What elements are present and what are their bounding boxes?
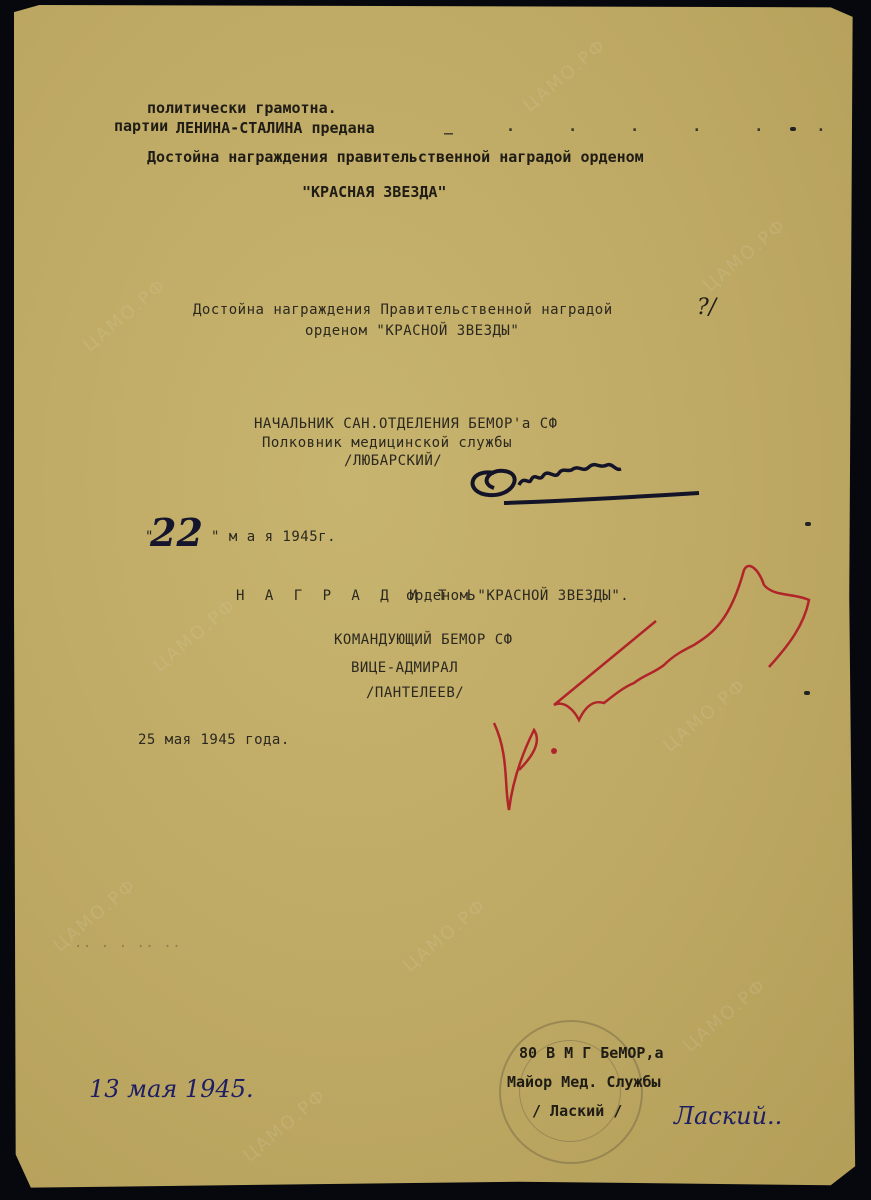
chief-title: НАЧАЛЬНИК САН.ОТДЕЛЕНИЯ БЕМОР'а СФ	[254, 416, 558, 432]
recommendation-line-1: Достойна награждения Правительственной н…	[193, 302, 613, 318]
recommendation-line-2: орденом "КРАСНОЙ ЗВЕЗДЫ"	[305, 323, 519, 339]
header-line-4: "КРАСНАЯ ЗВЕЗДА"	[302, 183, 447, 201]
punch-mark	[804, 691, 810, 695]
dotted-fill: _ . . . . . . .	[444, 117, 871, 135]
header-line-2: ЛЕНИНА-СТАЛИНА предана	[176, 119, 375, 137]
margin-mark: ?/	[697, 295, 716, 320]
watermark: ЦАМО.РФ	[679, 975, 771, 1057]
watermark: ЦАМО.РФ	[79, 275, 171, 357]
footer-name: / Лаский /	[532, 1102, 622, 1120]
faded-mark: .. . . .. ..	[74, 935, 181, 951]
watermark: ЦАМО.РФ	[149, 595, 241, 677]
footer-rank: Майор Мед. Службы	[507, 1073, 661, 1091]
header-line-3: Достойна награждения правительственной н…	[147, 148, 644, 166]
document-page: ЦАМО.РФ ЦАМО.РФ ЦАМО.РФ ЦАМО.РФ ЦАМО.РФ …	[14, 5, 856, 1190]
watermark: ЦАМО.РФ	[399, 895, 491, 977]
date2: 25 мая 1945 года.	[138, 732, 290, 748]
watermark: ЦАМО.РФ	[699, 215, 791, 297]
commander-name: /ПАНТЕЛЕЕВ/	[366, 685, 464, 701]
punch-mark	[790, 127, 796, 131]
footer-unit: 80 В М Г БеМОР,а	[519, 1044, 664, 1062]
chief-signature	[464, 453, 714, 513]
header-line-2-prefix: партии	[114, 117, 168, 135]
header-line-1: политически грамотна.	[147, 99, 337, 117]
footer-signature: Лаский..	[674, 1102, 782, 1130]
chief-rank: Полковник медицинской службы	[262, 435, 512, 451]
footer-handwritten-date: 13 мая 1945.	[89, 1075, 254, 1103]
watermark: ЦАМО.РФ	[519, 35, 611, 117]
date1-day-handwritten: 22	[150, 510, 203, 555]
chief-name: /ЛЮБАРСКИЙ/	[344, 453, 442, 469]
commander-signature	[474, 555, 834, 825]
date1-rest: " м а я 1945г.	[211, 529, 336, 545]
commander-rank: ВИЦЕ-АДМИРАЛ	[351, 660, 458, 676]
punch-mark	[805, 522, 811, 526]
